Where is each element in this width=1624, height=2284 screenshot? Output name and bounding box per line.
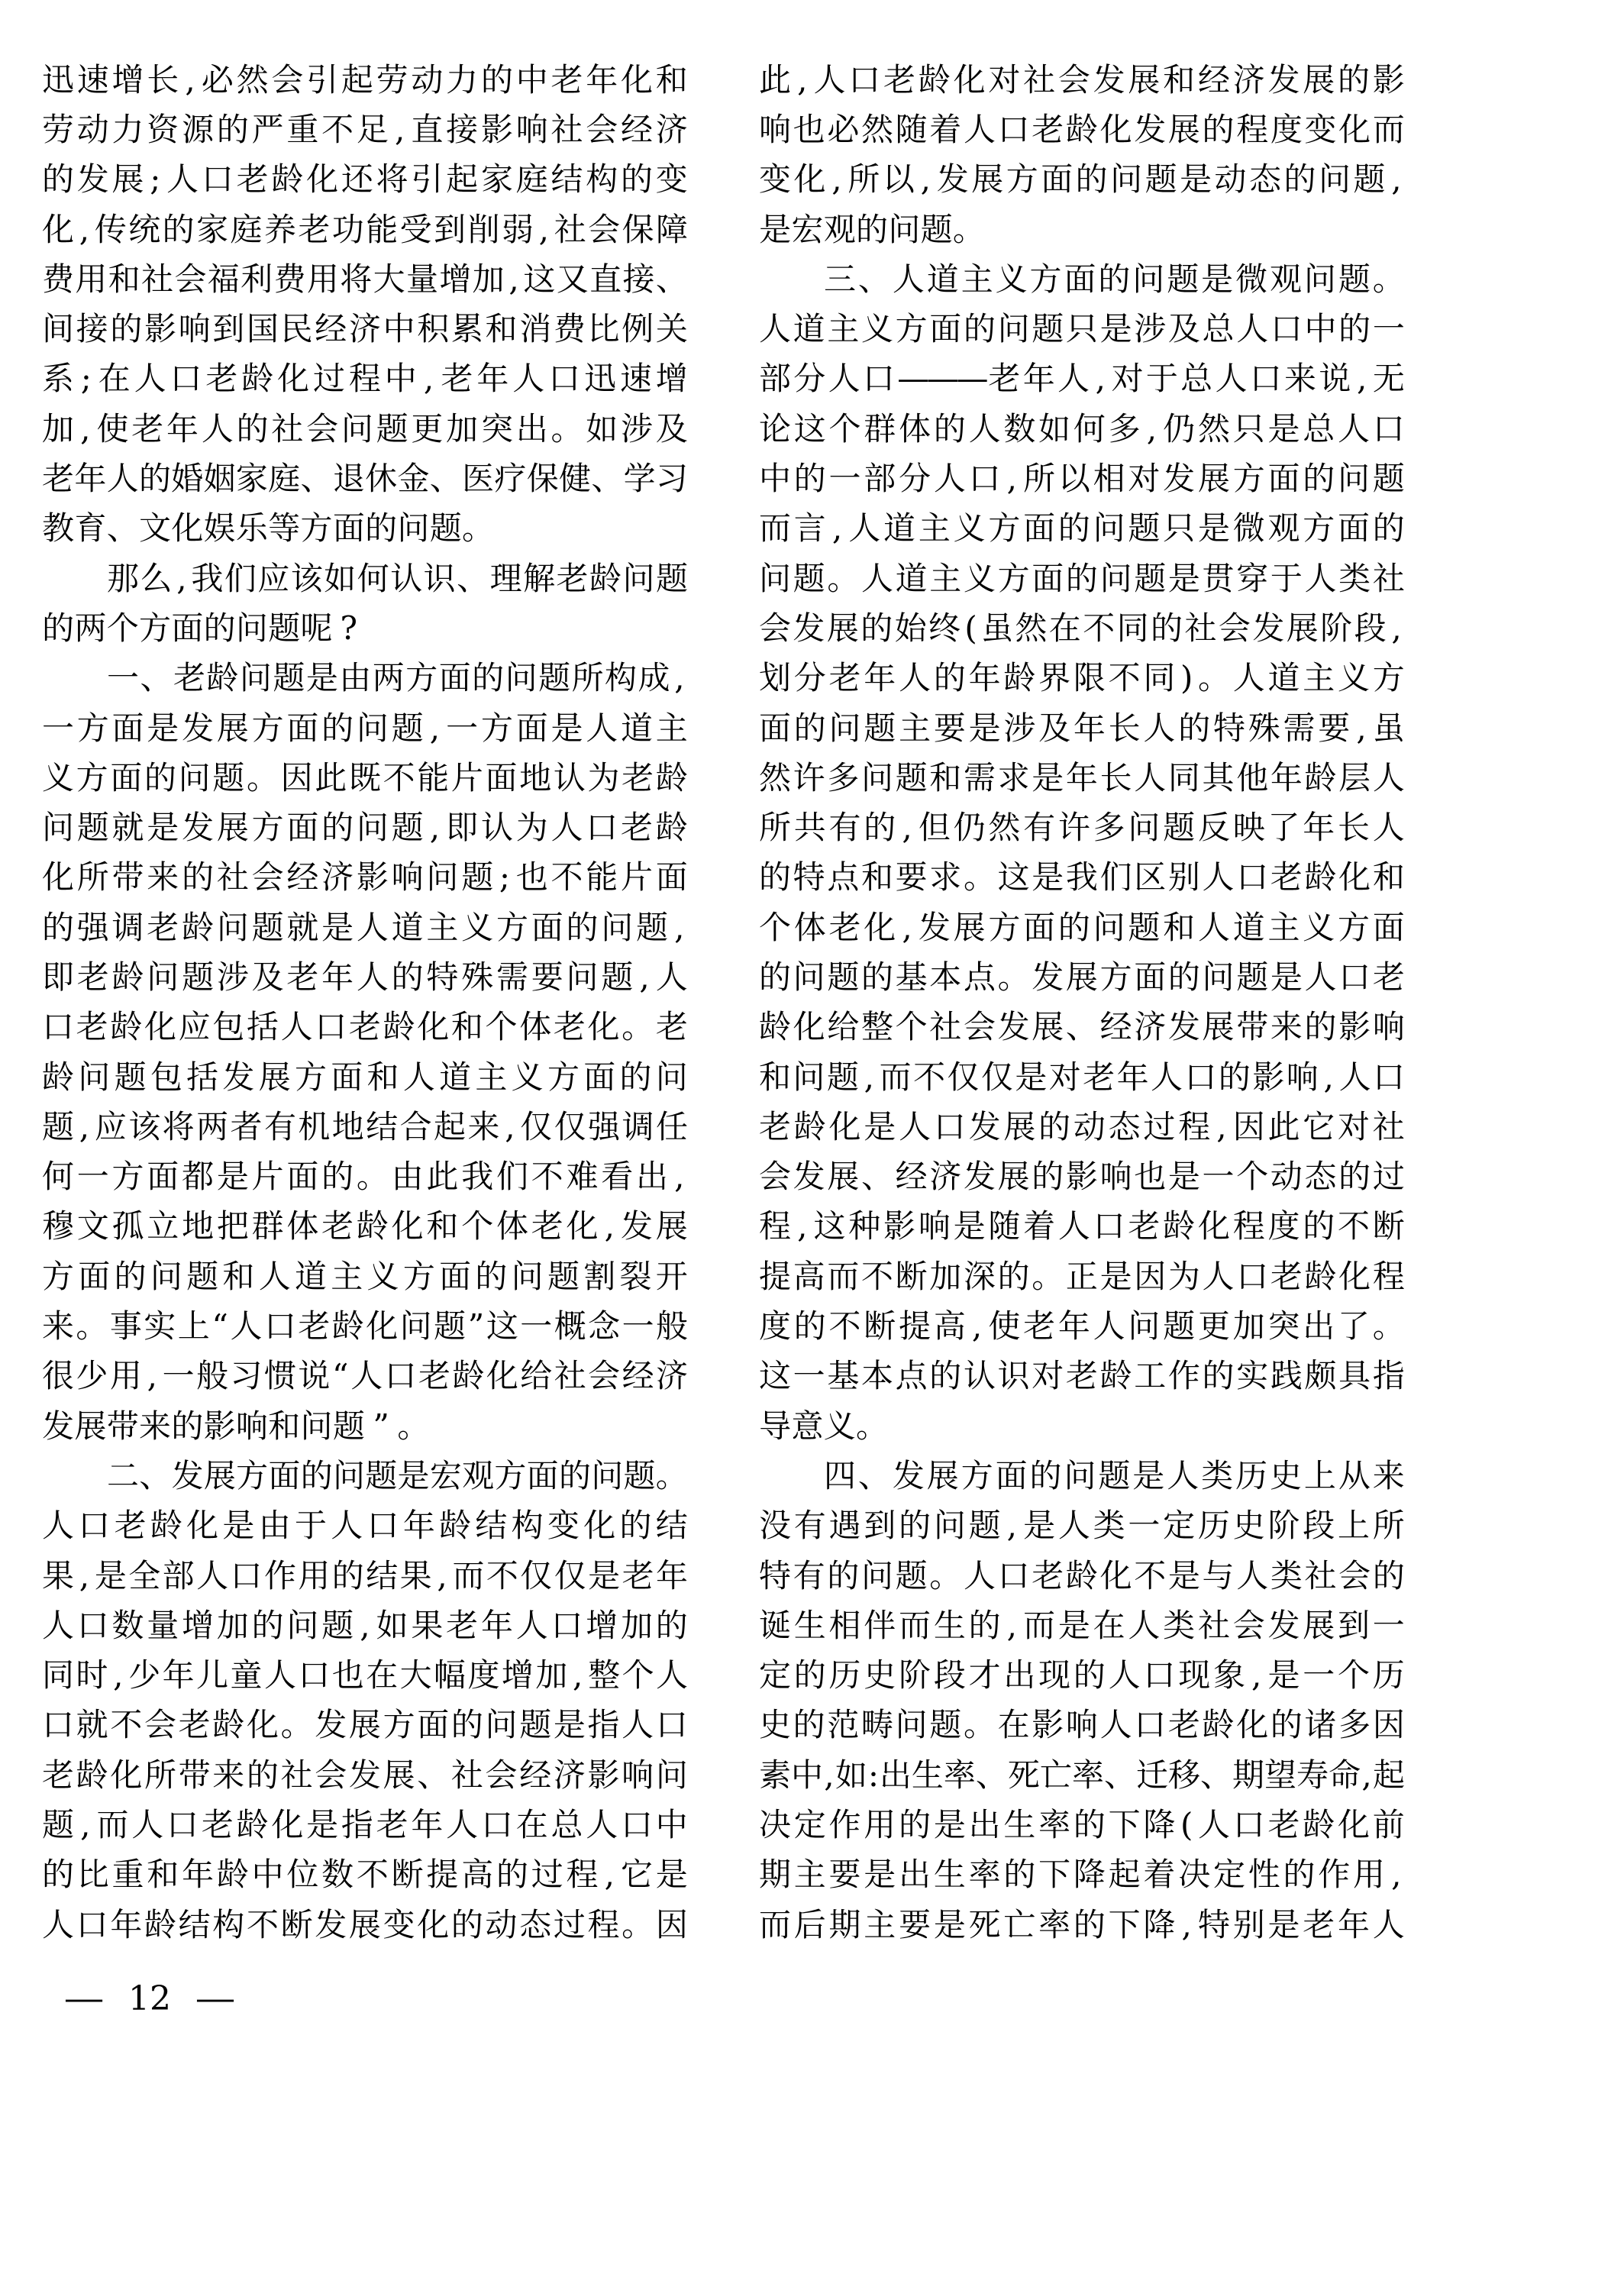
glyph: 社	[1198, 1610, 1230, 1642]
glyph: 仍	[1163, 413, 1195, 445]
text-line: 同时,少年儿童人口也在大幅度增加,整个人	[42, 1651, 688, 1701]
glyph: 了	[1267, 812, 1300, 844]
glyph: 展	[1303, 1610, 1335, 1642]
glyph: 同	[42, 1659, 74, 1691]
glyph: 于	[1270, 563, 1303, 595]
glyph: 和	[929, 762, 961, 794]
glyph: 是	[147, 712, 179, 745]
glyph: 、	[457, 563, 489, 595]
glyph: 仅	[520, 1111, 552, 1143]
glyph: 化	[566, 1210, 598, 1242]
glyph: 影	[1373, 64, 1405, 96]
glyph: 口	[1236, 1261, 1268, 1293]
glyph: 中	[791, 1759, 823, 1791]
glyph: 响	[759, 114, 791, 146]
glyph: 识	[424, 563, 456, 595]
text-line: 度的不断提高,使老年人问题更加突出了。	[759, 1301, 1405, 1351]
glyph: 少	[76, 1360, 108, 1392]
glyph: ,	[1003, 1610, 1020, 1642]
glyph: 方	[405, 662, 437, 694]
glyph: 长	[1338, 812, 1370, 844]
glyph: 口	[202, 163, 234, 195]
glyph: 发	[42, 1410, 74, 1442]
glyph: 、	[417, 1759, 449, 1791]
glyph: 的	[365, 512, 397, 544]
glyph: 展	[1003, 1111, 1035, 1143]
glyph: 人	[166, 163, 199, 195]
glyph: 化	[171, 512, 203, 544]
glyph: 到	[434, 214, 466, 246]
glyph: 是	[1058, 1610, 1090, 1642]
glyph: 动	[486, 1909, 518, 1941]
glyph: 问	[656, 1759, 688, 1791]
glyph: 来	[1270, 1011, 1303, 1043]
glyph: 来	[1284, 363, 1316, 395]
glyph: 展	[656, 1210, 688, 1242]
glyph: 分	[793, 363, 825, 395]
glyph: ,	[1354, 363, 1371, 395]
glyph: 的	[321, 812, 354, 844]
glyph: 长	[1100, 762, 1132, 794]
glyph: ,	[1003, 1510, 1020, 1542]
glyph: 个	[759, 912, 791, 944]
glyph: 足	[357, 114, 389, 146]
glyph: 问	[397, 512, 429, 544]
glyph: 的	[42, 163, 74, 195]
glyph: 累	[451, 313, 483, 345]
glyph: 降	[1074, 1859, 1106, 1891]
glyph: 会	[271, 64, 303, 96]
glyph: 道	[896, 563, 928, 595]
glyph: 面	[1064, 263, 1096, 296]
glyph: 是	[1267, 413, 1300, 445]
glyph: 点	[896, 1360, 928, 1392]
glyph: 出	[969, 1809, 1001, 1841]
glyph: 引	[306, 64, 338, 96]
glyph: 点	[827, 861, 859, 893]
glyph: 定	[1163, 1510, 1195, 1542]
glyph: 方	[481, 712, 513, 745]
glyph: 展	[112, 163, 144, 195]
glyph: 人	[1373, 1909, 1405, 1941]
glyph: 口	[863, 363, 895, 395]
glyph: 是	[1267, 1659, 1300, 1691]
glyph: 观	[1270, 263, 1302, 296]
glyph: 给	[827, 1011, 859, 1043]
glyph: 所	[848, 163, 880, 195]
glyph: 中	[252, 1859, 284, 1891]
text-line: 三、人道主义方面的问题是微观问题。	[759, 254, 1405, 304]
glyph: 应	[95, 1111, 127, 1143]
glyph: 的	[899, 1510, 931, 1542]
glyph: 一	[1203, 1161, 1235, 1193]
glyph: 一	[1373, 313, 1405, 345]
glyph: 概	[554, 1310, 586, 1342]
glyph: 展	[827, 612, 859, 644]
glyph: 老	[1303, 1909, 1335, 1941]
text-line: 老龄化是人口发展的动态过程,因此它对社	[759, 1102, 1405, 1152]
glyph: 加	[1233, 1310, 1265, 1342]
glyph: 及	[656, 413, 688, 445]
glyph: ,	[671, 662, 688, 694]
glyph: 程	[1236, 114, 1268, 146]
glyph: 社	[554, 214, 586, 246]
glyph: 面	[656, 861, 688, 893]
glyph: 多	[827, 762, 859, 794]
glyph: 是	[1267, 1909, 1300, 1941]
glyph: 义	[861, 313, 893, 345]
glyph: 一	[829, 463, 861, 495]
glyph: 的	[392, 961, 424, 993]
glyph: ?	[333, 612, 365, 644]
glyph: 的	[332, 1560, 364, 1592]
glyph: 片	[621, 861, 653, 893]
glyph: 主	[1303, 662, 1335, 694]
glyph: 传	[95, 214, 127, 246]
glyph: 指	[588, 1709, 620, 1741]
glyph: 的	[1338, 1161, 1371, 1193]
glyph: 本	[929, 961, 961, 993]
glyph: 龄	[217, 1859, 249, 1891]
glyph: 是	[1198, 512, 1230, 544]
glyph: 老	[76, 1011, 108, 1043]
glyph: 福	[208, 263, 240, 296]
glyph: 中	[656, 1809, 688, 1841]
glyph: 人	[131, 1809, 163, 1841]
glyph: 过	[1143, 1111, 1175, 1143]
glyph: 所	[572, 662, 604, 694]
glyph: 开	[656, 1261, 688, 1293]
glyph: 发	[1267, 64, 1300, 96]
glyph: ,	[860, 1061, 877, 1094]
glyph: 面	[286, 712, 318, 745]
glyph: ,	[76, 1111, 92, 1143]
glyph: 出	[880, 1759, 912, 1791]
glyph: 率	[1072, 1759, 1104, 1791]
glyph: 人	[202, 413, 234, 445]
glyph: 人	[1373, 812, 1405, 844]
glyph: 接	[622, 263, 654, 296]
glyph: 、	[591, 463, 623, 495]
glyph: 龄	[589, 563, 622, 595]
glyph: 人	[899, 662, 931, 694]
glyph: 人	[1058, 1210, 1090, 1242]
glyph: 问	[1110, 163, 1142, 195]
glyph: 年	[481, 1610, 513, 1642]
glyph: 义	[367, 1261, 399, 1293]
glyph: 口	[77, 1610, 109, 1642]
page-number: 12	[128, 1979, 171, 2018]
glyph: ,	[636, 961, 653, 993]
glyph: ,	[1178, 1909, 1195, 1941]
glyph: 突	[1267, 1310, 1300, 1342]
glyph: 起	[1109, 1859, 1141, 1891]
glyph: 方	[1233, 463, 1265, 495]
glyph: 我	[1066, 861, 1098, 893]
glyph: 的	[1074, 1909, 1106, 1941]
glyph: 问	[888, 214, 920, 246]
glyph: 面	[112, 712, 144, 745]
glyph: 主	[475, 1061, 507, 1094]
glyph: 年	[1066, 762, 1098, 794]
glyph: 同	[1143, 662, 1175, 694]
glyph: 二	[107, 1460, 139, 1492]
glyph: 口	[548, 363, 580, 395]
glyph: 老	[321, 1210, 354, 1242]
glyph: 增	[439, 263, 471, 296]
glyph: “	[332, 1360, 349, 1392]
glyph: 方	[383, 1709, 415, 1741]
glyph: 认	[554, 762, 586, 794]
glyph: 段	[934, 1659, 966, 1691]
glyph: 方	[42, 1261, 74, 1293]
glyph: 结	[366, 1560, 398, 1592]
glyph: 为	[1168, 1261, 1200, 1293]
glyph: 是	[864, 1859, 896, 1891]
glyph: 展	[1203, 1011, 1235, 1043]
glyph: 所	[1023, 463, 1055, 495]
glyph: 着	[1143, 1859, 1175, 1891]
glyph: 高	[793, 1261, 825, 1293]
glyph: 程	[1373, 1261, 1405, 1293]
glyph: 我	[191, 563, 223, 595]
glyph: 重	[112, 1859, 144, 1891]
glyph: 济	[929, 1161, 961, 1193]
glyph: 题	[1163, 812, 1195, 844]
glyph: 的	[1338, 64, 1370, 96]
glyph: 们	[496, 1161, 528, 1193]
glyph: 经	[1100, 1011, 1132, 1043]
glyph: 娱	[203, 512, 235, 544]
glyph: 穆	[42, 1210, 74, 1242]
glyph: 口	[1270, 313, 1303, 345]
glyph: 大	[400, 1659, 432, 1691]
glyph: 发	[1252, 612, 1284, 644]
glyph: 是	[934, 1809, 966, 1841]
glyph: 要	[934, 712, 966, 745]
glyph: 主	[864, 1909, 896, 1941]
glyph: 该	[291, 563, 323, 595]
glyph: 能	[586, 861, 618, 893]
text-line: 即老龄问题涉及老年人的特殊需要问题,人	[42, 952, 688, 1002]
glyph: 面	[439, 1261, 471, 1293]
glyph: ,	[77, 413, 94, 445]
glyph: 问	[505, 662, 538, 694]
glyph: 是	[217, 1161, 249, 1193]
glyph: 影	[1338, 1011, 1371, 1043]
glyph: 等	[268, 512, 300, 544]
glyph: 利	[241, 263, 273, 296]
glyph: 年	[182, 1859, 214, 1891]
glyph: 到	[1338, 1610, 1370, 1642]
glyph: 有	[1023, 812, 1055, 844]
glyph: 事	[110, 1310, 142, 1342]
glyph: 的	[794, 463, 826, 495]
glyph: 包	[212, 1011, 244, 1043]
glyph: 过	[313, 363, 345, 395]
glyph: 道	[295, 1261, 327, 1293]
glyph: 长	[147, 64, 179, 96]
glyph: 口	[1250, 363, 1282, 395]
glyph: 问	[793, 1061, 825, 1094]
glyph: 济	[656, 1360, 688, 1392]
glyph: 期	[759, 1859, 791, 1891]
glyph: 题	[182, 961, 214, 993]
glyph: 问	[896, 1709, 928, 1741]
glyph: 寿	[1296, 1759, 1329, 1791]
glyph: 响	[392, 861, 424, 893]
glyph: 义	[1338, 662, 1370, 694]
text-line: 中的一部分人口,所以相对发展方面的问题	[759, 454, 1405, 503]
glyph: 的	[1305, 1011, 1337, 1043]
glyph: 社	[217, 861, 249, 893]
glyph: 不	[110, 1709, 142, 1741]
glyph: 主	[919, 512, 951, 544]
glyph: 发	[1168, 1011, 1200, 1043]
glyph: 化	[1198, 1210, 1230, 1242]
glyph: 果	[411, 1610, 443, 1642]
glyph: ,	[426, 712, 443, 745]
glyph: 、	[1066, 1011, 1098, 1043]
glyph: 个	[107, 612, 139, 644]
glyph: 、	[107, 512, 139, 544]
glyph: 和	[1163, 912, 1195, 944]
glyph: 此	[426, 1161, 458, 1193]
glyph: 是	[1032, 762, 1064, 794]
glyph: 龄	[656, 812, 688, 844]
glyph: 直	[411, 114, 443, 146]
glyph: 老	[656, 1011, 688, 1043]
text-line: 劳动力资源的严重不足,直接影响社会经济	[42, 105, 688, 154]
glyph: 化	[186, 1510, 218, 1542]
glyph: 是	[398, 1460, 430, 1492]
glyph: 如	[1038, 413, 1070, 445]
glyph: 这	[759, 1360, 791, 1392]
glyph: 会	[252, 861, 284, 893]
glyph: 的	[964, 313, 996, 345]
glyph: 人	[231, 1310, 263, 1342]
glyph: 费	[554, 313, 586, 345]
glyph: 发	[182, 812, 214, 844]
glyph: 会	[174, 263, 206, 296]
glyph: 方	[494, 1460, 526, 1492]
glyph: 作	[829, 1809, 861, 1841]
glyph: 方	[139, 612, 171, 644]
text-line: 的特点和要求。这是我们区别人口老龄化和	[759, 853, 1405, 903]
glyph: 姻	[204, 463, 236, 495]
glyph: 需	[1283, 712, 1315, 745]
glyph: 老	[1032, 114, 1064, 146]
glyph: 对	[1112, 363, 1144, 395]
glyph: 及	[1168, 313, 1200, 345]
glyph: 望	[1264, 1759, 1296, 1791]
glyph: 过	[531, 1859, 563, 1891]
glyph: 无	[1373, 363, 1405, 395]
glyph: 要	[531, 961, 563, 993]
glyph: 人	[586, 1809, 618, 1841]
glyph: ;	[147, 163, 163, 195]
glyph: 变	[383, 1909, 415, 1941]
glyph: :	[867, 1759, 880, 1791]
glyph: 遇	[829, 1510, 861, 1542]
glyph: ,	[671, 912, 688, 944]
glyph: 数	[321, 1859, 354, 1891]
glyph: 动	[411, 64, 443, 96]
text-line: 龄问题包括发展方面和人道主义方面的问	[42, 1052, 688, 1102]
glyph: 识	[998, 1360, 1030, 1392]
glyph: 劳	[42, 114, 74, 146]
glyph: 的	[864, 812, 896, 844]
glyph: 也	[793, 114, 825, 146]
glyph: 是	[95, 1560, 127, 1592]
glyph: 机	[298, 1111, 330, 1143]
text-line: 的发展;人口老龄化还将引起家庭结构的变	[42, 155, 688, 205]
glyph: 的	[42, 612, 74, 644]
text-line: 口就不会老龄化。发展方面的问题是指人口	[42, 1701, 688, 1750]
glyph: 人	[264, 1659, 296, 1691]
glyph: 幅	[434, 1659, 466, 1691]
glyph: 的	[1003, 1859, 1035, 1891]
text-line: 此,人口老龄化对社会发展和经济发展的影	[759, 55, 1405, 105]
glyph: 。	[397, 1410, 429, 1442]
glyph: 会	[759, 1161, 791, 1193]
glyph: 增	[656, 363, 688, 395]
glyph: 仅	[948, 1061, 980, 1094]
glyph: 地	[182, 1210, 214, 1242]
glyph: 少	[128, 1659, 160, 1691]
glyph: 者	[231, 1111, 263, 1143]
glyph: 的	[144, 762, 176, 794]
glyph: 人	[1198, 1809, 1230, 1841]
glyph: 范	[827, 1709, 859, 1741]
glyph: 的	[759, 961, 791, 993]
glyph: 口	[934, 1111, 966, 1143]
text-line: 个体老化,发展方面的问题和人道主义方面	[759, 903, 1405, 952]
glyph: 来	[212, 1759, 244, 1791]
glyph: 济	[1134, 1011, 1166, 1043]
glyph: 然	[1015, 612, 1047, 644]
glyph: 龄	[76, 1759, 108, 1791]
glyph: 定	[759, 1659, 791, 1691]
glyph: 史	[1270, 1460, 1302, 1492]
glyph: 化	[417, 1011, 449, 1043]
text-line: 会发展、经济发展的影响也是一个动态的过	[759, 1152, 1405, 1202]
glyph: 。	[656, 1460, 688, 1492]
glyph: 然	[988, 812, 1020, 844]
glyph: 一	[77, 1161, 109, 1193]
glyph: 口	[550, 1610, 583, 1642]
glyph: 增	[182, 1610, 214, 1642]
glyph: 定	[794, 1809, 826, 1841]
glyph: 它	[1303, 1111, 1335, 1143]
glyph: 个	[1236, 1161, 1268, 1193]
glyph: 乐	[236, 512, 268, 544]
glyph: 题	[1167, 263, 1199, 296]
glyph: ,	[1213, 1111, 1230, 1143]
text-line: 人口数量增加的问题,如果老年人口增加的	[42, 1601, 688, 1650]
glyph: 影	[588, 1759, 620, 1791]
glyph: 的	[793, 1709, 825, 1741]
text-line: 题,而人口老龄化是指老年人口在总人口中	[42, 1800, 688, 1849]
text-line: 一、老龄问题是由两方面的问题所构成,	[42, 654, 688, 703]
glyph: 加	[42, 413, 74, 445]
glyph: 题	[920, 214, 952, 246]
glyph: 展	[1287, 612, 1319, 644]
glyph: 面	[531, 912, 563, 944]
glyph: 人	[934, 463, 966, 495]
text-line: 划分老年人的年龄界限不同)。人道主义方	[759, 654, 1405, 703]
glyph: 龄	[794, 1111, 826, 1143]
